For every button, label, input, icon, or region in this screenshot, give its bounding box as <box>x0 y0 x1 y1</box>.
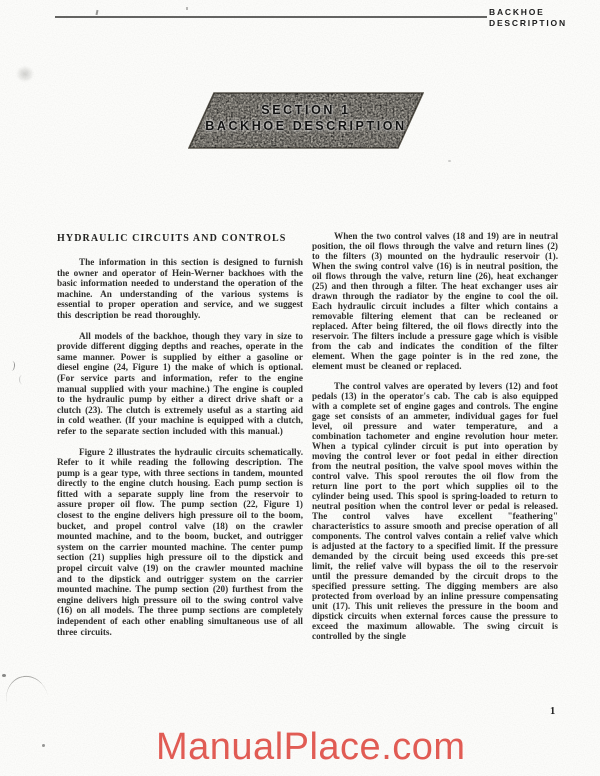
scan-artifact <box>19 375 24 384</box>
manual-page: BACKHOE DESCRIPTION SECTION 1 BACKHOE DE… <box>0 0 600 776</box>
paragraph-right-1: When the two control valves (18 and 19) … <box>312 231 558 371</box>
section-banner: SECTION 1 BACKHOE DESCRIPTION <box>188 92 424 149</box>
section-banner-line2: BACKHOE DESCRIPTION <box>188 119 424 135</box>
scan-artifact <box>9 361 15 371</box>
scan-artifact <box>96 10 99 15</box>
paragraph-left-3: Figure 2 illustrates the hydraulic circu… <box>57 447 303 638</box>
header-rule <box>55 16 487 18</box>
right-column: When the two control valves (18 and 19) … <box>312 231 558 651</box>
scan-artifact <box>2 674 6 677</box>
page-number: 1 <box>550 706 555 717</box>
running-header-line1: BACKHOE <box>489 7 567 18</box>
scan-artifact <box>42 744 45 747</box>
paragraph-left-1: The information in this section is desig… <box>57 257 303 321</box>
paragraph-left-2: All models of the backhoe, though they v… <box>57 331 303 437</box>
scan-artifact <box>2 672 49 707</box>
running-header: BACKHOE DESCRIPTION <box>489 7 567 28</box>
left-column: HYDRAULIC CIRCUITS AND CONTROLS The info… <box>57 231 303 647</box>
running-header-line2: DESCRIPTION <box>489 18 567 29</box>
scan-artifact <box>186 7 188 10</box>
watermark-link[interactable]: ManualPlace.com <box>156 726 466 769</box>
scan-smudge <box>12 62 38 86</box>
scan-artifact <box>448 160 451 162</box>
section-heading: HYDRAULIC CIRCUITS AND CONTROLS <box>57 233 303 244</box>
section-banner-line1: SECTION 1 <box>188 103 424 119</box>
section-banner-text: SECTION 1 BACKHOE DESCRIPTION <box>188 103 424 134</box>
paragraph-right-2: The control valves are operated by lever… <box>312 381 558 641</box>
